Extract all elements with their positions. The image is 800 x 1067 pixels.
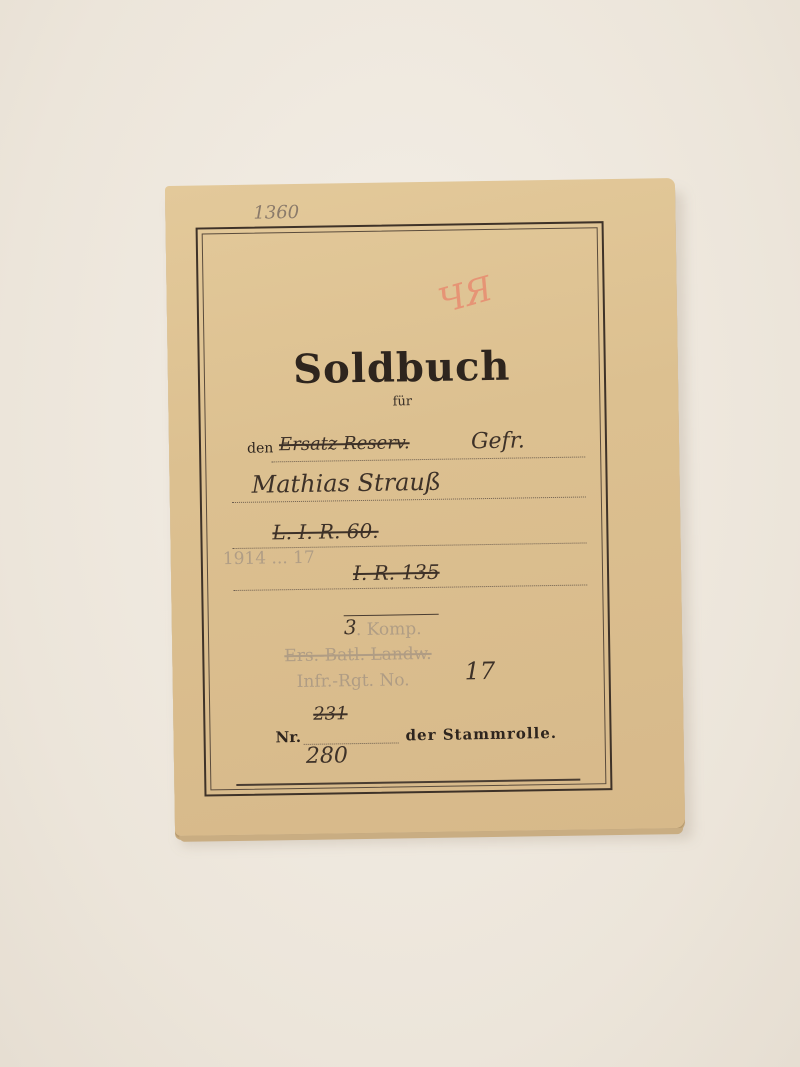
soldier-name: Mathias Strauß — [251, 468, 441, 499]
regiment-label: Infr.-Rgt. No. — [297, 670, 410, 692]
regiment-number: 17 — [464, 657, 495, 685]
document-title: Soldbuch — [199, 341, 604, 394]
faded-stamp: 1914 ... 17 — [223, 548, 315, 569]
company-number: 3 — [344, 615, 357, 639]
battalion-label: Ers.-Batl. Landw. — [284, 644, 432, 666]
den-label: den — [247, 440, 274, 456]
inner-border — [202, 227, 607, 790]
printed-border-frame: ЧЯ Soldbuch für den Ersatz Reserv. Gefr.… — [196, 221, 613, 796]
roll-number: 280 — [306, 743, 348, 769]
rank: Gefr. — [471, 428, 525, 454]
stammrolle-label: der Stammrolle. — [405, 724, 557, 744]
soldbuch-booklet: 1360 ЧЯ Soldbuch für den Ersatz Reserv. … — [165, 178, 685, 836]
pencil-number: 1360 — [253, 202, 299, 224]
number-struck: 231 — [313, 703, 348, 725]
nr-label: Nr. — [275, 728, 301, 746]
rank-struck: Ersatz Reserv. — [279, 432, 410, 455]
unit-struck-1: L. I. R. 60. — [272, 519, 379, 545]
company-label: . Komp. — [356, 619, 422, 640]
unit-struck-2: I. R. 135 — [353, 560, 440, 585]
